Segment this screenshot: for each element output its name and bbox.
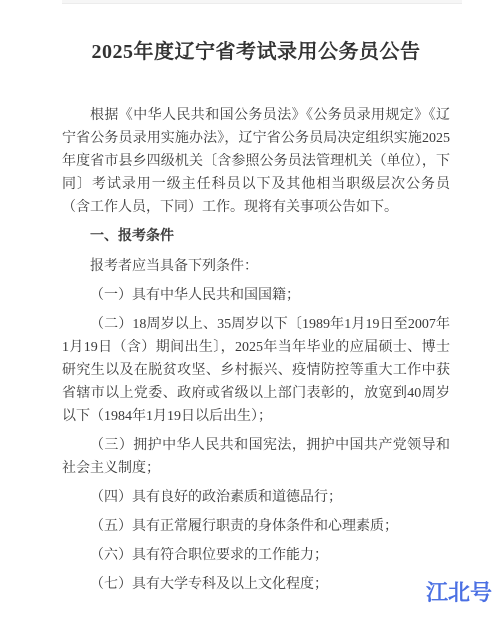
- section-heading: 一、报考条件: [62, 225, 450, 248]
- document-title: 2025年度辽宁省考试录用公务员公告: [62, 40, 450, 64]
- condition-item-3: （三）拥护中华人民共和国宪法，拥护中国共产党领导和社会主义制度；: [62, 434, 450, 480]
- condition-item-4: （四）具有良好的政治素质和道德品行；: [62, 486, 450, 509]
- document-content: 2025年度辽宁省考试录用公务员公告 根据《中华人民共和国公务员法》《公务员录用…: [62, 28, 450, 602]
- page-top-edge: [62, 0, 462, 4]
- intro-paragraph: 根据《中华人民共和国公务员法》《公务员录用规定》《辽宁省公务员录用实施办法》，辽…: [62, 104, 450, 219]
- condition-item-5: （五）具有正常履行职责的身体条件和心理素质；: [62, 515, 450, 538]
- condition-item-6: （六）具有符合职位要求的工作能力；: [62, 544, 450, 567]
- conditions-intro: 报考者应当具备下列条件：: [62, 255, 450, 278]
- document-page: 2025年度辽宁省考试录用公务员公告 根据《中华人民共和国公务员法》《公务员录用…: [0, 0, 500, 619]
- condition-item-2: （二）18周岁以上、35周岁以下〔1989年1月19日至2007年1月19日（含…: [62, 313, 450, 428]
- condition-item-1: （一）具有中华人民共和国国籍；: [62, 284, 450, 307]
- watermark: 江北号: [426, 580, 492, 606]
- condition-item-7: （七）具有大学专科及以上文化程度；: [62, 573, 450, 596]
